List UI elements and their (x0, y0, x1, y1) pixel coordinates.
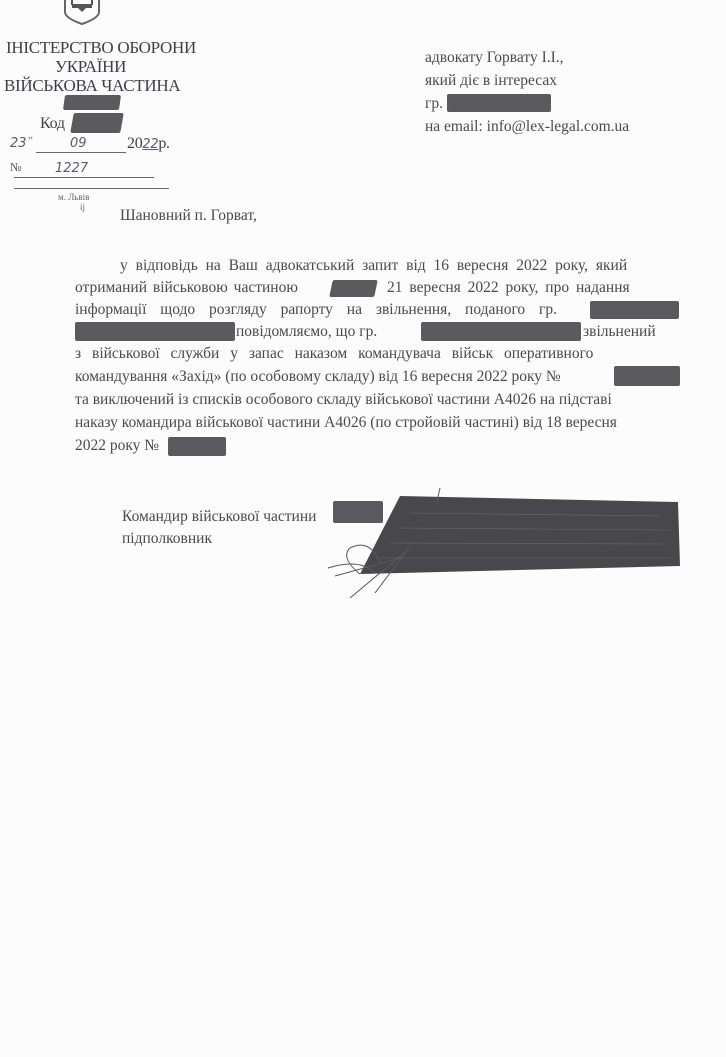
addressee-block: адвокату Горвату І.І., який діє в інтере… (425, 46, 629, 138)
body-line-4a: повідомляємо, що гр. (236, 323, 377, 341)
city-label: м. Львів (58, 192, 89, 202)
redacted-person-name-1b (75, 322, 235, 341)
redacted-unit-number (63, 95, 121, 110)
body-line-5: з військової служби у запас наказом кома… (75, 345, 680, 363)
addressee-line1: адвокату Горвату І.І., (425, 46, 629, 69)
body-line-4b: звільнений (583, 323, 656, 341)
code-label: Код (40, 115, 65, 133)
addressee-email: на email: info@lex-legal.com.ua (425, 115, 629, 138)
number-value: 1227 (55, 161, 88, 176)
stamp-mark: ij (80, 202, 85, 212)
date-suffix: р. (158, 135, 169, 152)
body-line-6a: командування «Захід» (по особовому склад… (75, 368, 561, 386)
number-rule (14, 177, 154, 178)
divider-rule (14, 188, 169, 189)
date-month-rule (36, 152, 126, 153)
unit-line: ВІЙСЬКОВА ЧАСТИНА (4, 76, 180, 96)
date-month: 09 (70, 136, 87, 151)
date-quote: ” (28, 135, 33, 147)
shield-emblem-icon (62, 0, 102, 30)
body-line-9a: 2022 року № (75, 437, 159, 455)
redacted-order-number-1 (614, 366, 680, 386)
date-year-suffix: 22 (142, 137, 158, 152)
signature-title: Командир військової частини (122, 506, 316, 528)
body-line-3a: інформації щодо розгляду рапорту на звіл… (75, 301, 557, 319)
ministry-line2: УКРАЇНИ (55, 57, 126, 77)
body-line-1: у відповідь на Ваш адвокатський запит ві… (120, 257, 680, 275)
addressee-gr-prefix: гр. (425, 95, 443, 112)
date-day: 23 (10, 136, 27, 151)
redacted-client-name (447, 94, 551, 112)
redacted-signature-and-name (320, 488, 690, 598)
scanned-letter-page: ІНІСТЕРСТВО ОБОРОНИ УКРАЇНИ ВІЙСЬКОВА ЧА… (0, 0, 726, 1057)
body-line-7: та виключений із списків особового склад… (75, 391, 612, 409)
redacted-unit-number-2 (329, 280, 378, 297)
body-line-8: наказу командира військової частини А402… (75, 414, 617, 432)
signature-block: Командир військової частини підполковник (122, 506, 316, 550)
date-year: 2022р. (127, 135, 170, 153)
date-year-prefix: 20 (127, 135, 142, 152)
salutation: Шановний п. Горват, (120, 207, 257, 225)
redacted-order-number-2 (168, 437, 226, 456)
ministry-line1: ІНІСТЕРСТВО ОБОРОНИ (6, 38, 196, 58)
redacted-person-name-2 (421, 322, 581, 341)
redacted-person-name-1a (590, 301, 679, 319)
number-prefix: № (10, 160, 21, 175)
body-line-2a: отриманий військовою частиною (75, 279, 298, 297)
addressee-line2: який діє в інтересах (425, 69, 629, 92)
redacted-code (70, 113, 124, 133)
signature-rank: підполковник (122, 528, 316, 550)
body-line-2b: 21 вересня 2022 року, про надання (387, 279, 630, 297)
